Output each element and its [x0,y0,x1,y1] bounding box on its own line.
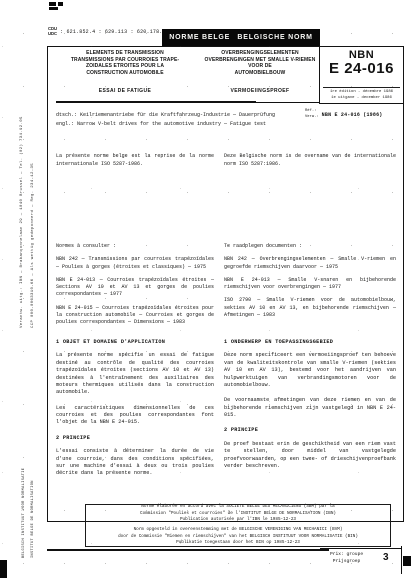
section1-paragraph-fr: La présente norme spécifie un essai de f… [56,352,214,396]
reference-item: NBN E 24-013 — Courroies trapézoïdales é… [56,277,214,299]
footer-nl-line: Publikatie toegestaan door het BIN op 19… [86,540,390,547]
references-nl-header: Te raadplegen documenten : [224,243,396,250]
reference-item: NBN 242 — Overbrengingselementen — Small… [224,256,396,271]
scanned-standard-page: Verantw. uitg.: IBN — Brabançonnelaan 29… [0,0,413,581]
price-label-nl: Prijsgroep [330,559,363,566]
section2-heading-nl: 2 PRINCIPE [224,427,396,434]
corner-mark [49,2,56,6]
footer-credit-box: Norme élaborée en accord avec la SOCIETE… [85,504,391,547]
header-rule-thin [256,102,319,103]
corner-mark [49,7,58,10]
correspondence-nl: Deze Belgische norm is de overname van d… [224,153,396,169]
section1-paragraph-nl: Deze norm specificeert een vermoeiingspr… [224,352,396,389]
bottom-rule [47,549,329,551]
title-fr-line: CONSTRUCTION AUTOMOBILE [50,70,200,77]
norm-banner: NORME BELGE BELGISCHE NORM [162,29,320,46]
footer-nl: Norm opgesteld in overeenstemming met de… [86,527,390,547]
section1-heading-nl: 1 ONDERWERP EN TOEPASSINGSGEBIED [224,339,396,346]
footer-fr-line: Commission "Poulies et courroies" de l'I… [86,511,390,518]
correspondence-fr: La présente norme belge est la reprise d… [56,153,214,169]
bottom-margin-text: INSTITUT BELGE DE NORMALISATION [31,480,35,558]
banner-belgische-norm: BELGISCHE NORM [237,34,312,41]
price-group-value: 3 [383,552,389,563]
banner-norme-belge: NORME BELGE [169,34,230,41]
section2-paragraph-fr: L'essai consiste à déterminer la durée d… [56,448,214,478]
footer-nl-line: Norm opgesteld in overeenstemming met de… [86,527,390,534]
price-rule [320,548,402,549]
reference-item: ISO 2790 — Smalle V-riemen voor de autom… [224,297,396,319]
left-margin-text: CCP 000-0063310-66 — Als wettig gedepone… [31,163,35,328]
section2-heading-fr: 2 PRINCIPE [56,435,214,442]
udc-code: : 621.852.4 : 629.113 : 620.178.3 [60,29,166,35]
reference-item: NBN E 24-013 — Smalle V-snaren en bijbeh… [224,277,396,292]
bottom-margin-text: BELGISCH INSTITUUT VOOR NORMALISATIE [22,468,26,558]
edition-fr: 1re édition - décembre 1986 [322,90,401,96]
title-fr: ELEMENTS DE TRANSMISSION TRANSMISSIONS P… [50,50,200,76]
edition-lines: 1re édition - décembre 1986 1e uitgave -… [322,90,401,102]
corner-mark [58,2,63,6]
body-nl: 1 ONDERWERP EN TOEPASSINGSGEBIED Deze no… [224,339,396,478]
short-reference: Réf.: Verw.: NBN E 24-016 (1986) [305,109,400,120]
section1-paragraph-nl: De voornaamste afmetingen van deze rieme… [224,397,396,419]
reference-item: NBN E 24-015 — Courroies trapézoïdales é… [56,305,214,327]
section2-paragraph-nl: De proef bestaat erin de geschiktheid va… [224,441,396,471]
foreign-titles: dtsch.: Keilriemenantriebe für die Kraft… [56,111,301,129]
header-rule [56,101,256,103]
reference-item: NBN 242 — Transmissions par courroies tr… [56,256,214,271]
section1-paragraph-fr: Les caractéristiques dimensionnelles de … [56,405,214,427]
ref-value: NBN E 24-016 (1986) [322,112,383,118]
subtitle-fr: ESSAI DE FATIGUE [50,88,200,94]
corner-mark [403,556,411,566]
ref-label-nl: Verw.: [305,115,319,121]
title-nl-line: AUTOMOBIELBOUW [200,70,320,77]
title-nl: OVERBRENGINGSELEMENTEN OVERBRENGINGEN ME… [200,50,320,76]
footer-fr: Norme élaborée en accord avec la SOCIETE… [86,504,390,524]
references-fr: Normes à consulter : NBN 242 — Transmiss… [56,243,214,332]
subtitle-nl: VERMOEIINGSPROEF [200,88,320,94]
title-de: dtsch.: Keilriemenantriebe für die Kraft… [56,111,301,120]
footer-fr-line: Publication autorisée par l'IBN le 1985-… [86,517,390,524]
main-frame: ELEMENTS DE TRANSMISSION TRANSMISSIONS P… [47,46,404,522]
footer-nl-line: door de Commissie "Riemen en riemschijve… [86,534,390,541]
footer-fr-line: Norme élaborée en accord avec la SOCIETE… [86,504,390,511]
price-label-fr: Prix: groupe [330,552,363,559]
edition-nl: 1e uitgave - december 1986 [322,96,401,102]
udc-classification: CDU UDC : 621.852.4 : 629.113 : 620.178.… [48,27,166,36]
left-margin-text: Verantw. uitg.: IBN — Brabançonnelaan 29… [20,116,24,328]
corner-mark [0,560,7,578]
nbn-number-box: NBN E 24-016 1re édition - décembre 1986… [319,47,403,104]
nbn-number: E 24-016 [320,61,403,78]
udc-label-nl: UDC [48,32,57,37]
price-group: Prix: groupe Prijsgroep [330,552,363,566]
section1-heading-fr: 1 OBJET ET DOMAINE D'APPLICATION [56,339,214,346]
body-fr: 1 OBJET ET DOMAINE D'APPLICATION La prés… [56,339,214,486]
title-en: engl.: Narrow V-belt drives for the auto… [56,120,301,129]
references-nl: Te raadplegen documenten : NBN 242 — Ove… [224,243,396,325]
price-tick [401,546,402,574]
divider [323,87,400,88]
references-fr-header: Normes à consulter : [56,243,214,250]
